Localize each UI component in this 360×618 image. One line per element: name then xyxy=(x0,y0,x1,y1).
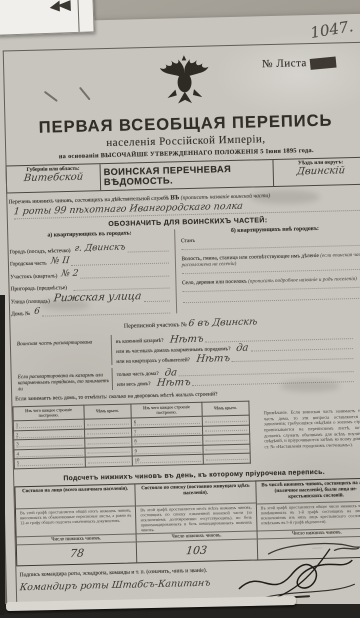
tally-col-present-header: Состояло на лицо (всего наличнаго населе… xyxy=(15,484,135,508)
region-bar: Губернія или область: Витебской ВОИНСКАЯ… xyxy=(6,157,360,194)
field-house-label: Домъ № xyxy=(11,311,30,317)
row-number: 4 xyxy=(17,449,83,457)
ribbon-icon xyxy=(48,0,72,14)
scan-edge-left xyxy=(0,295,5,615)
row-number: 8 xyxy=(134,437,200,445)
field-city-label: Городъ (посадъ, мѣстечко) xyxy=(10,247,71,254)
blank-cell xyxy=(206,458,248,460)
row-number: 5 xyxy=(17,459,83,467)
form-type-title: ВОИНСКАЯ ПЕРЕЧНЕВАЯ ВѢДОМОСТЬ. xyxy=(104,163,270,187)
sticker-divider-line xyxy=(77,0,79,32)
rural-column: б) квартирующихъ внѣ городовъ: Станъ Вол… xyxy=(174,225,360,314)
blank-cell xyxy=(87,433,129,435)
remark-paragraph: Примѣчаніе. Если воинская часть занимает… xyxy=(249,398,360,464)
row-number: 9 xyxy=(134,447,200,455)
sheet-number: 7 xyxy=(319,57,326,69)
blank-cell xyxy=(88,452,130,454)
blank-cell xyxy=(87,442,129,444)
form-type-cell: ВОИНСКАЯ ПЕРЕЧНЕВАЯ ВѢДОМОСТЬ. xyxy=(101,160,274,190)
scan-smudge xyxy=(40,300,90,310)
question-resident-quarters-label: или на квартирахъ у обывателей? xyxy=(116,357,190,365)
question-resident-quarters-answer: Нѣтъ xyxy=(196,356,230,363)
archive-label-sticker xyxy=(0,0,95,36)
row-number: 2 xyxy=(16,430,82,438)
census-precinct-label: Переписной участокъ № xyxy=(124,322,187,330)
row-number: 1 xyxy=(16,421,82,429)
field-stan: Станъ xyxy=(181,234,360,251)
col-roof-header: Чѣмъ крыто. xyxy=(84,404,131,419)
quartering-group1-questions: въ казенной казармѣ?Нѣтъ или въ частныхъ… xyxy=(111,329,356,365)
buildings-table: Изъ чего каждое строеніе построено. Чѣмъ… xyxy=(12,401,250,469)
sheet-number-line: № Листа 7 xyxy=(262,56,336,70)
question-part-of-house-answer: да xyxy=(164,370,177,376)
double-headed-eagle-icon xyxy=(155,51,214,108)
tally-col-present: Состояло на лицо (всего наличнаго населе… xyxy=(15,484,136,565)
row-number: 6 xyxy=(134,418,200,426)
quartering-group-1: Воинская часть расквартирована въ казенн… xyxy=(17,329,356,367)
uezd-value: Двинскій xyxy=(296,165,345,177)
field-precinct-block-value: № 2 xyxy=(61,268,79,278)
blank-cell xyxy=(205,439,247,441)
col-roof-header-2: Чѣмъ крыто. xyxy=(202,401,249,416)
tally-col-non-peasant-header: Въ числѣ нижнихъ чиновъ, состоящихъ на л… xyxy=(256,478,360,503)
sheet-number-smudge: 7 xyxy=(310,57,337,70)
census-precinct-value: 6 въ Двинскѣ xyxy=(187,316,257,329)
gubernia-value: Витебской xyxy=(23,172,84,184)
field-volost: Волость, гмина, станица или соотвѣтствую… xyxy=(181,252,360,275)
uezd-cell: Уѣздъ или округъ: Двинскій xyxy=(272,158,360,186)
question-part-of-house-label: только часть дома? xyxy=(117,371,159,378)
dotted-line xyxy=(181,240,360,251)
tally-col-on-list-body: Въ этой графѣ проставляется итогъ всѣхъ … xyxy=(136,502,256,533)
gubernia-cell: Губернія или область: Витебской xyxy=(7,164,102,192)
scan-smudge xyxy=(250,190,320,204)
question-barracks-answer: Нѣтъ xyxy=(169,337,203,344)
row-number: 10 xyxy=(135,456,201,464)
blank-cell xyxy=(205,430,247,432)
row-number: 3 xyxy=(16,440,82,448)
scanned-census-form: 1047. № Листа 7 ПЕРВАЯ ВСЕОБЩА xyxy=(0,0,360,618)
buildings-section: Изъ чего каждое строеніе построено. Чѣмъ… xyxy=(12,398,360,469)
field-stan-label: Станъ xyxy=(181,238,195,244)
dotted-leader xyxy=(143,294,169,302)
dotted-leader xyxy=(231,352,353,362)
blank-cell xyxy=(88,461,130,463)
question-whole-house-answer: Нѣтъ xyxy=(156,380,190,387)
blank-cell xyxy=(206,449,248,451)
question-private-houses-answer: да xyxy=(236,346,249,352)
unit-intro-v: ВЪ xyxy=(170,194,179,201)
paper-sheet: 1047. № Листа 7 ПЕРВАЯ ВСЕОБЩА xyxy=(0,14,360,615)
tally-col-present-value: 78 xyxy=(69,546,85,559)
question-whole-house-label: или весь домъ? xyxy=(117,381,151,388)
tally-col-on-list-value: 103 xyxy=(186,543,209,557)
field-village: Село, деревня или поселокъ (прописать по… xyxy=(182,276,360,304)
sheet-label: № Листа xyxy=(262,57,307,70)
quartering-group1-label: Воинская часть расквартирована xyxy=(17,335,112,367)
scan-smudge xyxy=(280,380,340,392)
tally-col-on-list-header: Состояло по списку (постоянно живущаго з… xyxy=(136,481,256,505)
field-house-value: 6 xyxy=(33,307,40,317)
dotted-line xyxy=(182,293,360,304)
field-city-part-value: № II xyxy=(50,256,70,266)
question-barracks-label: въ казенной казармѣ? xyxy=(116,338,164,345)
field-city-part-label: Городская часть xyxy=(10,261,47,268)
dotted-leader xyxy=(127,244,168,252)
tally-col-present-value-cell: 78 xyxy=(17,541,137,565)
field-city-value: г. Двинскъ xyxy=(74,242,126,253)
city-column: а) квартирующихъ въ городахъ: Городъ (по… xyxy=(9,229,176,317)
city-column-heading: а) квартирующихъ въ городахъ: xyxy=(9,230,170,240)
blank-cell xyxy=(87,423,129,425)
tally-col-non-peasant-body: Въ этой графѣ проставляется общее число … xyxy=(257,500,360,530)
blank-cell xyxy=(205,420,247,422)
field-precinct-block-label: Участокъ (кварталъ) xyxy=(10,273,57,280)
tally-col-present-body: Въ этой графѣ проставляется общій итогъ … xyxy=(16,505,136,536)
row-number: 7 xyxy=(134,428,200,436)
commander-rank-value: Командиръ роты Штабсъ-Капитанъ xyxy=(19,577,211,593)
quartering-group2-label: Если расквартирована въ казармѣ или каза… xyxy=(18,368,113,392)
